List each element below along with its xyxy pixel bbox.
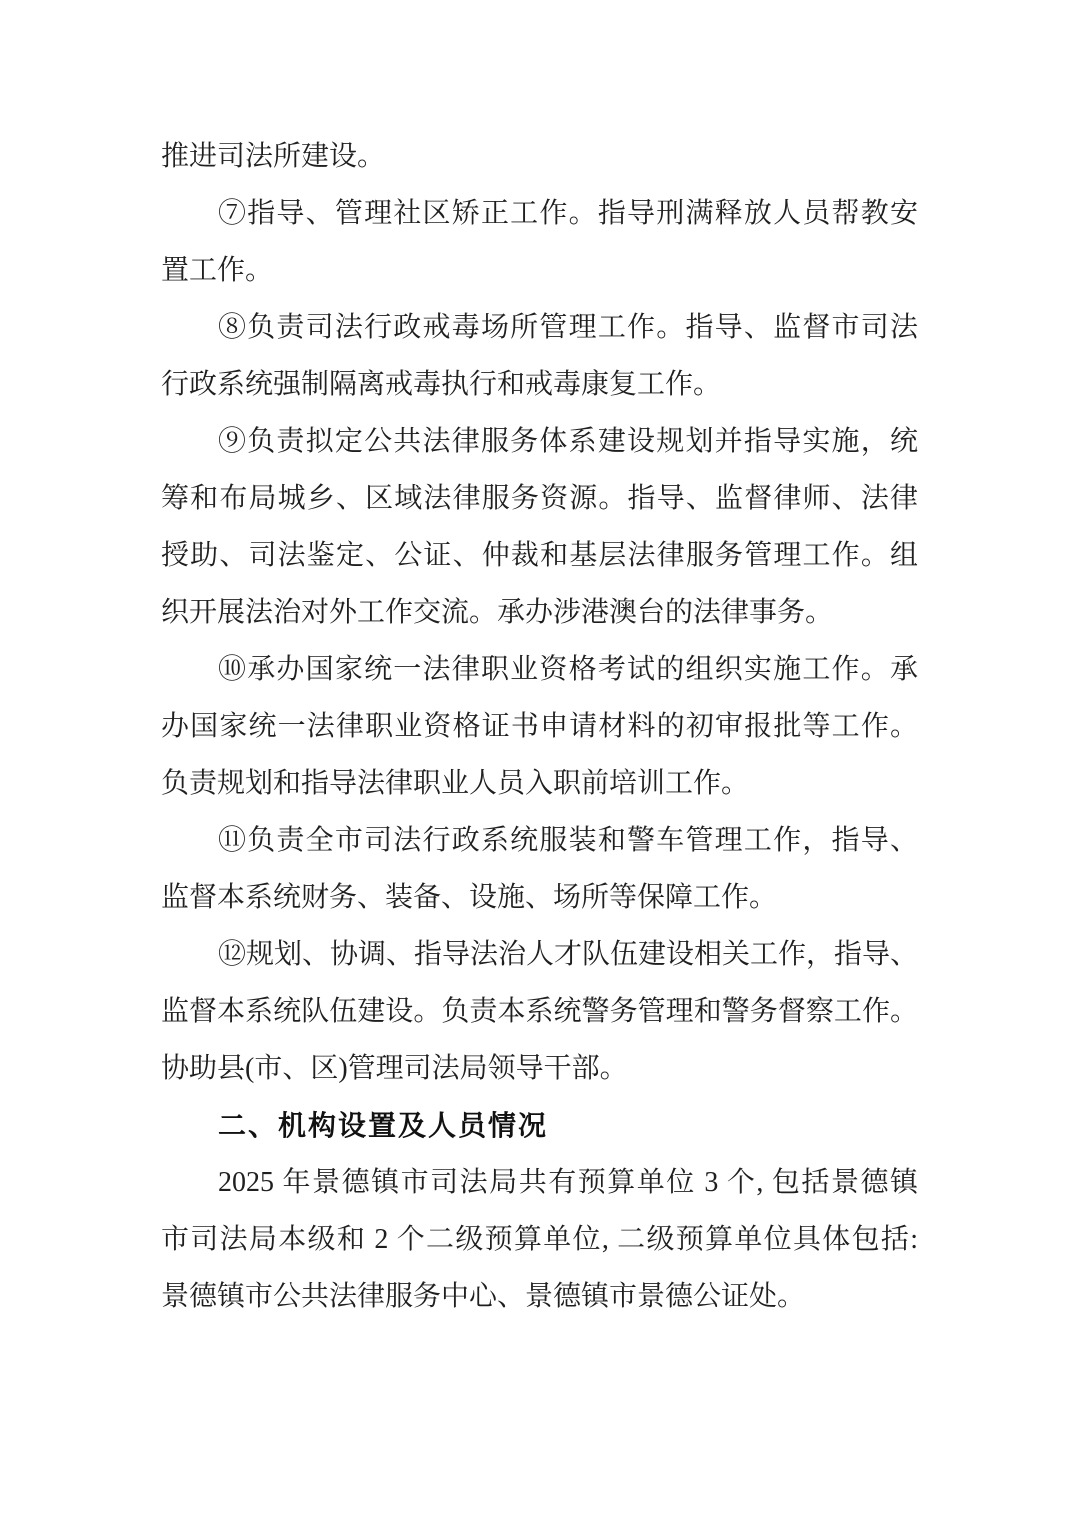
paragraph: ⑫规划、协调、指导法治人才队伍建设相关工作，指导、监督本系统队伍建设。负责本系统… [161, 926, 918, 1097]
text-line: 推进司法所建设。 [161, 128, 918, 185]
text-line: 2025 年景德镇市司法局共有预算单位 3 个, 包括景德镇 [161, 1154, 918, 1211]
text-line: 筹和布局城乡、区域法律服务资源。指导、监督律师、法律 [161, 470, 918, 527]
text-line: 行政系统强制隔离戒毒执行和戒毒康复工作。 [161, 356, 918, 413]
document-body: 推进司法所建设。⑦指导、管理社区矫正工作。指导刑满释放人员帮教安置工作。⑧负责司… [161, 128, 918, 1325]
section-heading: 二、机构设置及人员情况 [161, 1097, 918, 1154]
text-line: 置工作。 [161, 242, 918, 299]
text-line: ⑫规划、协调、指导法治人才队伍建设相关工作，指导、 [161, 926, 918, 983]
text-line: 负责规划和指导法律职业人员入职前培训工作。 [161, 755, 918, 812]
text-line: 市司法局本级和 2 个二级预算单位, 二级预算单位具体包括: [161, 1211, 918, 1268]
text-line: 织开展法治对外工作交流。承办涉港澳台的法律事务。 [161, 584, 918, 641]
text-line: 景德镇市公共法律服务中心、景德镇市景德公证处。 [161, 1268, 918, 1325]
paragraph: ⑪负责全市司法行政系统服装和警车管理工作，指导、监督本系统财务、装备、设施、场所… [161, 812, 918, 926]
paragraph: 2025 年景德镇市司法局共有预算单位 3 个, 包括景德镇市司法局本级和 2 … [161, 1154, 918, 1325]
paragraph: 推进司法所建设。 [161, 128, 918, 185]
text-line: 协助县(市、区)管理司法局领导干部。 [161, 1040, 918, 1097]
text-line: ⑦指导、管理社区矫正工作。指导刑满释放人员帮教安 [161, 185, 918, 242]
heading-text: 二、机构设置及人员情况 [161, 1097, 918, 1154]
text-line: ⑨负责拟定公共法律服务体系建设规划并指导实施，统 [161, 413, 918, 470]
text-line: 监督本系统队伍建设。负责本系统警务管理和警务督察工作。 [161, 983, 918, 1040]
paragraph: ⑨负责拟定公共法律服务体系建设规划并指导实施，统筹和布局城乡、区域法律服务资源。… [161, 413, 918, 641]
text-line: 监督本系统财务、装备、设施、场所等保障工作。 [161, 869, 918, 926]
text-line: ⑪负责全市司法行政系统服装和警车管理工作，指导、 [161, 812, 918, 869]
text-line: 授助、司法鉴定、公证、仲裁和基层法律服务管理工作。组 [161, 527, 918, 584]
paragraph: ⑧负责司法行政戒毒场所管理工作。指导、监督市司法行政系统强制隔离戒毒执行和戒毒康… [161, 299, 918, 413]
paragraph: ⑦指导、管理社区矫正工作。指导刑满释放人员帮教安置工作。 [161, 185, 918, 299]
text-line: ⑩承办国家统一法律职业资格考试的组织实施工作。承 [161, 641, 918, 698]
text-line: 办国家统一法律职业资格证书申请材料的初审报批等工作。 [161, 698, 918, 755]
paragraph: ⑩承办国家统一法律职业资格考试的组织实施工作。承办国家统一法律职业资格证书申请材… [161, 641, 918, 812]
document-page: 推进司法所建设。⑦指导、管理社区矫正工作。指导刑满释放人员帮教安置工作。⑧负责司… [0, 0, 1074, 1520]
text-line: ⑧负责司法行政戒毒场所管理工作。指导、监督市司法 [161, 299, 918, 356]
